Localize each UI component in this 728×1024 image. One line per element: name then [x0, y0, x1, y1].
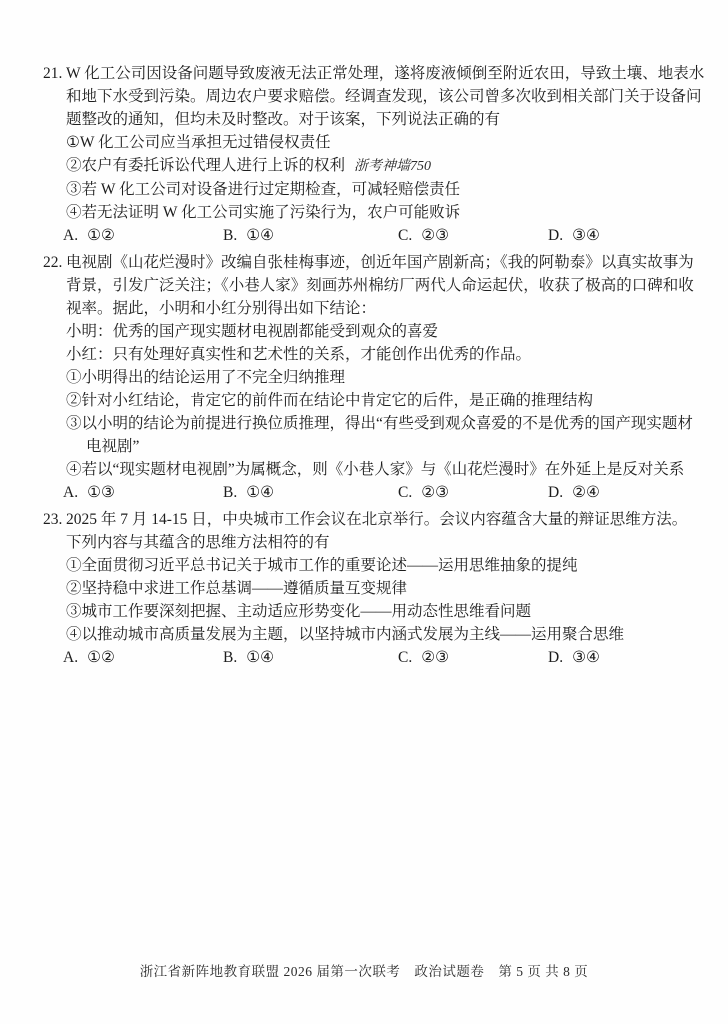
- question-23-item-3: ③城市工作要深刻把握、主动适应形势变化——用动态性思维看问题: [66, 600, 691, 623]
- question-23-option-c: C.②③: [398, 646, 548, 669]
- question-22-option-a: A.①③: [63, 481, 223, 504]
- exam-page: 21. W 化工公司因设备问题导致废液无法正常处理，遂将废液倾倒至附近农田，导致…: [0, 0, 728, 1024]
- question-22: 22. 电视剧《山花烂漫时》改编自张桂梅事迹，创近年国产剧新高；《我的阿勒泰》以…: [43, 251, 691, 504]
- question-21-item-3: ③若 W 化工公司对设备进行过定期检查，可减轻赔偿责任: [66, 178, 691, 201]
- question-22-item-1: ①小明得出的结论运用了不完全归纳推理: [66, 366, 691, 389]
- question-21-option-d: D.③④: [548, 224, 600, 247]
- question-22-stem-line: 电视剧《山花烂漫时》改编自张桂梅事迹，创近年国产剧新高；《我的阿勒泰》以真实故事…: [66, 251, 691, 274]
- question-23-item-4: ④以推动城市高质量发展为主题，以坚持城市内涵式发展为主线——运用聚合思维: [66, 623, 691, 646]
- question-21-options: A.①② B.①④ C.②③ D.③④: [63, 224, 691, 247]
- question-21-item-1: ①W 化工公司应当承担无过错侵权责任: [66, 131, 691, 154]
- question-23-options: A.①② B.①④ C.②③ D.③④: [63, 646, 691, 669]
- question-22-options: A.①③ B.①④ C.②③ D.②④: [63, 481, 691, 504]
- question-21-item-2: ②农户有委托诉讼代理人进行上诉的权利浙考神墙750: [66, 154, 691, 178]
- question-23-option-a: A.①②: [63, 646, 223, 669]
- question-22-option-d: D.②④: [548, 481, 600, 504]
- question-22-number: 22.: [43, 251, 62, 274]
- question-22-option-b: B.①④: [223, 481, 398, 504]
- question-21: 21. W 化工公司因设备问题导致废液无法正常处理，遂将废液倾倒至附近农田，导致…: [43, 62, 691, 247]
- watermark-text: 浙考神墙750: [354, 159, 431, 174]
- question-21-option-c: C.②③: [398, 224, 548, 247]
- question-22-item-3-continuation: 电视剧”: [66, 435, 691, 458]
- question-21-item-2-text: ②农户有委托诉讼代理人进行上诉的权利: [66, 157, 345, 174]
- question-22-stem-line: 视率。据此，小明和小红分别得出如下结论：: [66, 297, 691, 320]
- question-21-option-b: B.①④: [223, 224, 398, 247]
- question-22-xiaohong-view: 小红：只有处理好真实性和艺术性的关系，才能创作出优秀的作品。: [66, 343, 691, 366]
- question-23-stem-line: 2025 年 7 月 14-15 日，中央城市工作会议在北京举行。会议内容蕴含大…: [66, 508, 691, 531]
- question-21-item-4: ④若无法证明 W 化工公司实施了污染行为，农户可能败诉: [66, 201, 691, 224]
- question-22-item-2: ②针对小红结论，肯定它的前件而在结论中肯定它的后件，是正确的推理结构: [66, 389, 691, 412]
- question-23-number: 23.: [43, 508, 62, 531]
- page-footer: 浙江省新阵地教育联盟 2026 届第一次联考 政治试题卷 第 5 页 共 8 页: [0, 960, 728, 980]
- question-21-option-a: A.①②: [63, 224, 223, 247]
- question-22-item-4: ④若以“现实题材电视剧”为属概念，则《小巷人家》与《山花烂漫时》在外延上是反对关…: [66, 458, 691, 481]
- question-21-stem-line: 题整改的通知，但均未及时整改。对于该案，下列说法正确的有: [66, 108, 691, 131]
- question-23-stem-line: 下列内容与其蕴含的思维方法相符的有: [66, 531, 691, 554]
- question-21-stem-line: W 化工公司因设备问题导致废液无法正常处理，遂将废液倾倒至附近农田，导致土壤、地…: [66, 62, 691, 85]
- question-21-number: 21.: [43, 62, 62, 85]
- question-22-xiaoming-view: 小明：优秀的国产现实题材电视剧都能受到观众的喜爱: [66, 320, 691, 343]
- question-23-item-1: ①全面贯彻习近平总书记关于城市工作的重要论述——运用思维抽象的提纯: [66, 554, 691, 577]
- question-22-item-3: ③以小明的结论为前提进行换位质推理，得出“有些受到观众喜爱的不是优秀的国产现实题…: [66, 412, 691, 435]
- question-21-stem-line: 和地下水受到污染。周边农户要求赔偿。经调查发现，该公司曾多次收到相关部门关于设备…: [66, 85, 691, 108]
- question-23-option-b: B.①④: [223, 646, 398, 669]
- question-22-stem-line: 背景，引发广泛关注；《小巷人家》刻画苏州棉纺厂两代人命运起伏，收获了极高的口碑和…: [66, 274, 691, 297]
- question-23-item-2: ②坚持稳中求进工作总基调——遵循质量互变规律: [66, 577, 691, 600]
- question-23: 23. 2025 年 7 月 14-15 日，中央城市工作会议在北京举行。会议内…: [43, 508, 691, 669]
- question-22-option-c: C.②③: [398, 481, 548, 504]
- exam-content: 21. W 化工公司因设备问题导致废液无法正常处理，遂将废液倾倒至附近农田，导致…: [43, 62, 691, 673]
- question-23-option-d: D.③④: [548, 646, 600, 669]
